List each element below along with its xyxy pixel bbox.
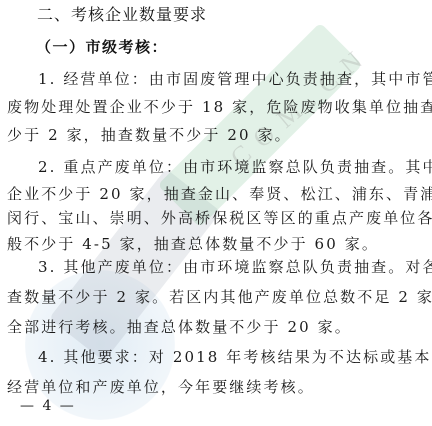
section-heading: 二、考核企业数量要求 bbox=[37, 5, 207, 25]
text-line: 废物处理处置企业不少于 18 家，危险废物收集单位抽查数量不 bbox=[7, 97, 432, 117]
text-line: 少于 2 家，抽查数量不少于 20 家。 bbox=[7, 125, 292, 145]
text-line: 2. 重点产废单位：由市环境监察总队负责抽查。其中市管 bbox=[38, 157, 432, 177]
text-line: 查数量不少于 2 家。若区内其他产废单位总数不足 2 家时，则 bbox=[7, 287, 432, 307]
text-line: 经营单位和产废单位，今年要继续考核。 bbox=[7, 377, 315, 397]
text-line: 企业不少于 20 家，抽查金山、奉贤、松江、浦东、青浦、嘉定、 bbox=[7, 184, 432, 204]
text-line: 全部进行考核。抽查总体数量不少于 20 家。 bbox=[7, 317, 352, 337]
text-line: 4. 其他要求：对 2018 年考核结果为不达标或基本达标的 bbox=[38, 347, 432, 367]
text-line: 闵行、宝山、崇明、外高桥保税区等区的重点产废单位各区一 bbox=[7, 208, 432, 228]
text-line: 般不少于 4-5 家，抽查总体数量不少于 60 家。 bbox=[7, 234, 379, 254]
text-line: 1. 经营单位：由市固废管理中心负责抽查，其中市管危险 bbox=[38, 69, 432, 89]
subsection-heading: （一）市级考核： bbox=[36, 37, 168, 57]
text-line: 3. 其他产废单位：由市环境监察总队负责抽查。对各区抽 bbox=[38, 257, 432, 277]
page-number: — 4 — bbox=[20, 396, 76, 416]
